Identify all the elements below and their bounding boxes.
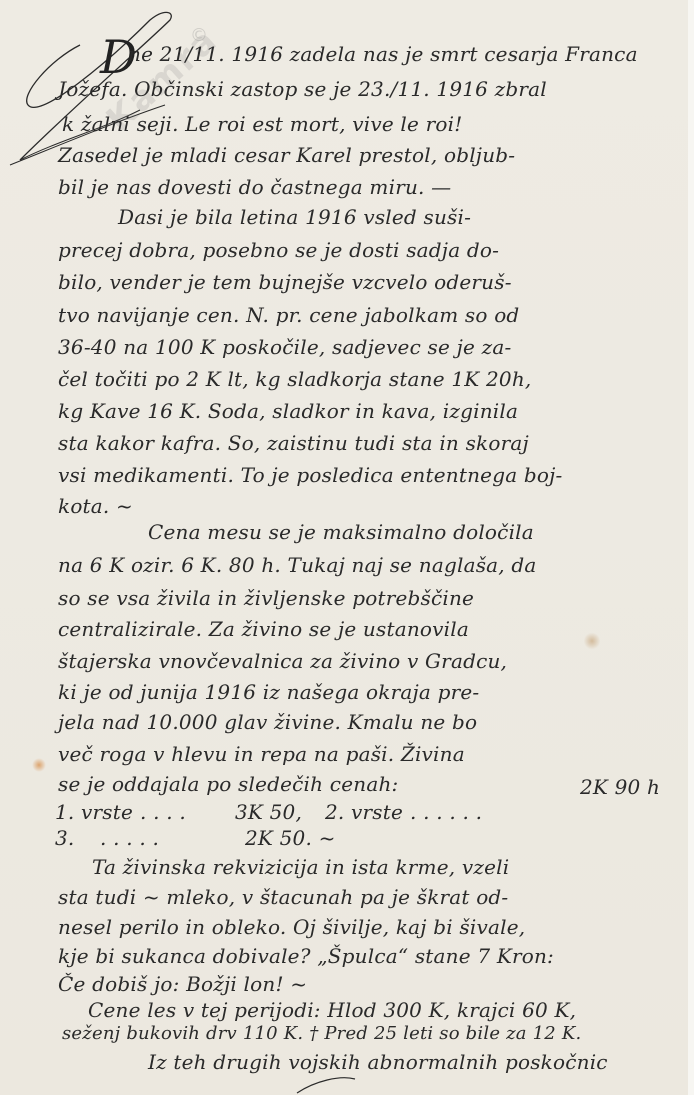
text-line: precej dobra, posebno se je dosti sadja … [58,238,499,262]
price-row-dots: . . . . . [100,826,159,850]
text-line: bilo, vender je tem bujnejše vzcvelo ode… [58,270,512,294]
text-line: seženj bukovih drv 110 K. † Pred 25 leti… [62,1023,581,1044]
text-line: kota. ~ [58,494,133,518]
text-line: nesel perilo in obleko. Oj šivilje, kaj … [58,915,525,939]
text-line: na 6 K ozir. 6 K. 80 h. Tukaj naj se nag… [58,553,537,577]
text-line: ne 21/11. 1916 zadela nas je smrt cesarj… [128,42,638,66]
price-row-value: 2K 90 h [580,775,660,799]
text-line: centralizirale. Za živino se je ustanovi… [58,617,469,641]
text-line: sta kakor kafra. So, zaistinu tudi sta i… [58,431,529,455]
text-line: vsi medikamenti. To je posledica ententn… [58,463,563,487]
stain-mark [32,758,46,772]
price-row-value: 3K 50, [235,800,302,824]
text-line: Dasi je bila letina 1916 vsled suši- [118,205,471,229]
text-line: Cena mesu se je maksimalno določila [148,520,534,544]
manuscript-page: © Kamra D ne 21/11. 1916 zadela nas je s… [0,0,689,1095]
page-edge [688,0,694,1095]
price-row-label: 2. vrste [325,800,403,824]
text-line: tvo navijanje cen. N. pr. cene jabolkam … [58,303,519,327]
text-line: ki je od junija 1916 iz našega okraja pr… [58,680,479,704]
price-row-label: 1. vrste [55,800,133,824]
price-row-value: 2K 50. ~ [245,826,336,850]
text-line: kje bi sukanca dobivale? „Špulca“ stane … [58,944,554,968]
text-line: se je oddajala po sledečih cenah: [58,772,398,796]
text-line: Ta živinska rekvizicija in ista krme, vz… [92,855,509,879]
text-line: sta tudi ~ mleko, v štacunah pa je škrat… [58,885,508,909]
text-line: k žalni seji. Le roi est mort, vive le r… [62,112,462,136]
text-line: kg Kave 16 K. Soda, sladkor in kava, izg… [58,399,518,423]
text-line: 36-40 na 100 K poskočile, sadjevec se je… [58,335,511,359]
price-row-dots: . . . . . . [410,800,482,824]
text-line: bil je nas dovesti do častnega miru. — [58,175,451,199]
text-line: Jožefa. Občinski zastop se je 23./11. 19… [58,77,547,101]
text-line: Če dobiš jo: Božji lon! ~ [58,972,307,996]
text-line: jela nad 10.000 glav živine. Kmalu ne bo [58,710,477,734]
price-row-dots: . . . . [140,800,186,824]
end-flourish-icon [295,1075,365,1095]
text-line: štajerska vnovčevalnica za živino v Grad… [58,649,507,673]
text-line: čel točiti po 2 K lt, kg sladkorja stane… [58,367,531,391]
text-line: Iz teh drugih vojskih abnormalnih poskoč… [148,1050,608,1074]
text-line: Zasedel je mladi cesar Karel prestol, ob… [58,143,515,167]
text-line: so se vsa živila in življenske potrebšči… [58,586,474,610]
price-row-label: 3. [55,826,74,850]
stain-mark [584,632,600,650]
text-line: več roga v hlevu in repa na paši. Živina [58,742,465,766]
text-line: Cene les v tej perijodi: Hlod 300 K, kra… [88,998,576,1022]
